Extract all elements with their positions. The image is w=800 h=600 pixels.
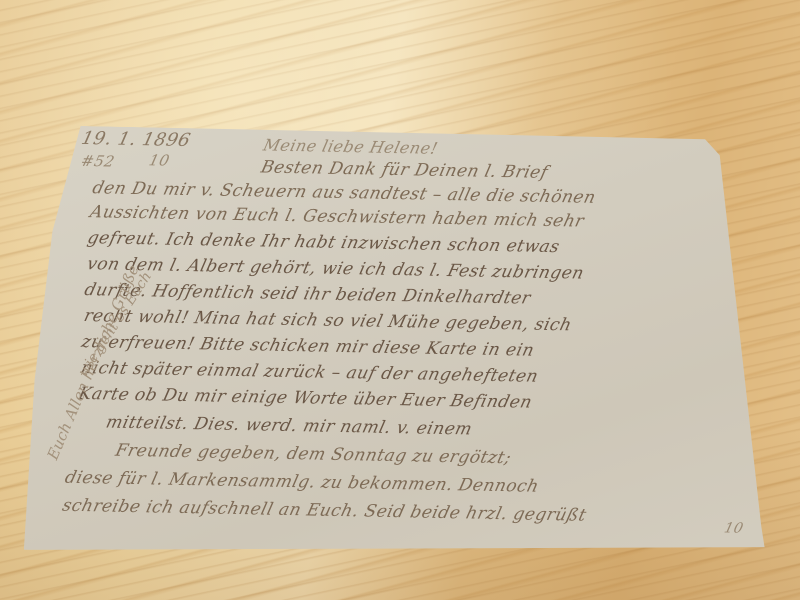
- letter-line-9: nicht später einmal zurück – auf der ang…: [79, 358, 540, 387]
- letter-line-1: Besten Dank für Deinen l. Brief: [259, 157, 550, 182]
- postcard-date: 19. 1. 1896: [79, 128, 192, 151]
- letter-line-7: recht wohl! Mina hat sich so viel Mühe g…: [82, 306, 574, 335]
- page-mark: 10: [723, 520, 746, 536]
- letter-line-5: von dem l. Albert gehört, wie ich das l.…: [85, 254, 586, 283]
- salutation: Meine liebe Helene!: [261, 135, 439, 157]
- postcard-reference: #52: [79, 152, 116, 171]
- letter-line-8: zu erfreuen! Bitte schicken mir diese Ka…: [80, 332, 537, 361]
- letter-line-13: diese für l. Markensammlg. zu bekommen. …: [63, 468, 541, 497]
- postcard-handwriting: 19. 1. 1896 #52 10 Meine liebe Helene! B…: [24, 125, 780, 564]
- letter-line-10: Karte ob Du mir einige Worte über Euer B…: [77, 384, 535, 413]
- postcard-reference-number: 10: [147, 151, 171, 169]
- letter-line-3: Aussichten von Euch l. Geschwistern habe…: [88, 202, 586, 231]
- letter-line-12: Freunde gegeben, dem Sonntag zu ergötzt;: [113, 441, 513, 469]
- letter-line-11: mitteilst. Dies. werd. mir naml. v. eine…: [104, 413, 474, 440]
- letter-line-14: schreibe ich aufschnell an Euch. Seid be…: [60, 496, 588, 526]
- postcard: 19. 1. 1896 #52 10 Meine liebe Helene! B…: [24, 125, 780, 564]
- letter-line-4: gefreut. Ich denke Ihr habt inzwischen s…: [86, 228, 562, 257]
